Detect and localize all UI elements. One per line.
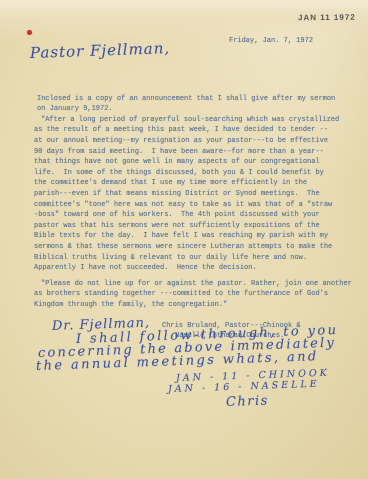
typed-line: committee's "tone" here was not easy to …: [34, 200, 339, 211]
typed-line: "After a long period of prayerful soul-s…: [34, 115, 339, 126]
typed-line: pastor was that his sermons were not suf…: [34, 221, 339, 232]
date-received-stamp: JAN 11 1972: [298, 13, 356, 23]
handwritten-signature: Chris: [226, 394, 269, 410]
letter-date: Friday, Jan. 7, 1972: [229, 37, 313, 45]
typed-line: at our annual meeting--my resignation as…: [34, 136, 339, 147]
typed-line: as the result of a meeting this past wee…: [34, 125, 339, 136]
typed-line: the committee's demand that I use my tim…: [34, 178, 339, 189]
typed-line: 90 days from said meeting. I have been a…: [34, 147, 339, 158]
typed-line: -boss" toward one of his workers. The 4t…: [34, 210, 339, 221]
resignation-quote-paragraph: "After a long period of prayerful soul-s…: [34, 83, 339, 274]
scanned-letter-page: JAN 11 1972 Friday, Jan. 7, 1972 Pastor …: [0, 0, 368, 479]
typed-line: parish---even if that means missing Dist…: [34, 189, 339, 200]
typed-line: "Please do not line up for or against th…: [34, 279, 352, 290]
typed-line: Bible texts for the day. I have felt I w…: [34, 231, 339, 242]
typed-line: that things have not gone well in many a…: [34, 157, 339, 168]
typed-line: life. In some of the things discussed, b…: [34, 168, 339, 179]
red-dot-mark: [27, 30, 32, 35]
handwritten-greeting: Pastor Fjellman,: [30, 39, 171, 62]
